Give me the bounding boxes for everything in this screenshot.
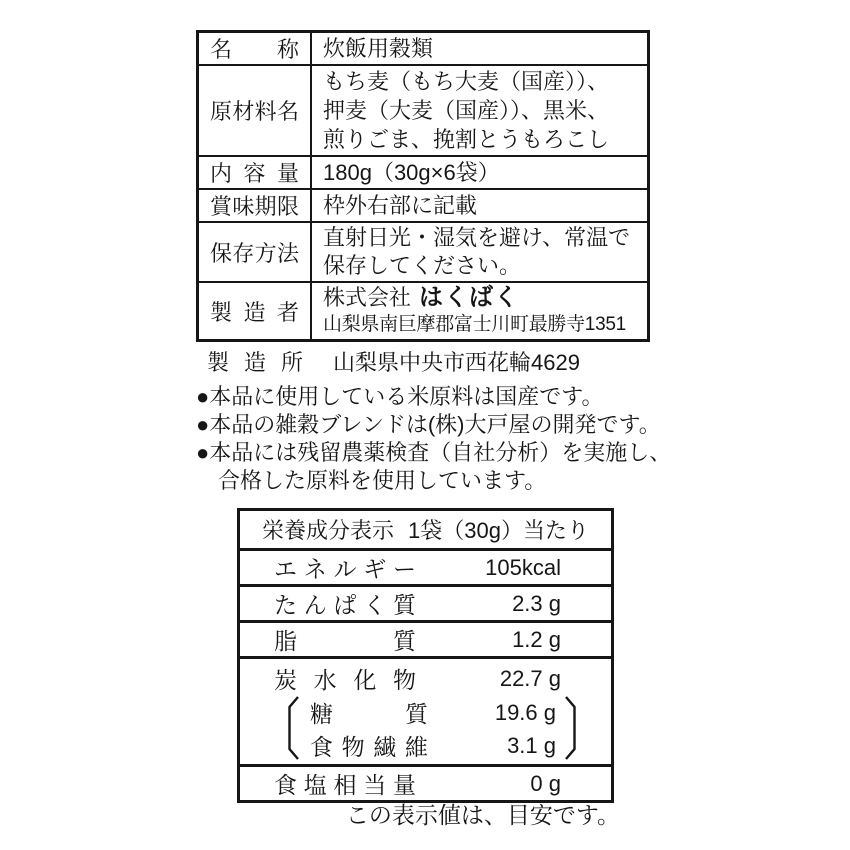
spec-value-net-content: 180g（30g×6袋） [312,157,647,188]
spec-value-line: 押麦（大麦（国産））、黒米、 [323,96,636,125]
spec-label-text: 保存方法 [210,237,299,268]
nutrient-value: 19.6 g [428,700,556,726]
nutrition-serving: 1袋（30g）当たり [408,514,589,545]
nutrition-row-protein: たんぱく質 2.3 g [240,584,611,620]
nutrient-value: 105kcal [416,555,561,581]
notes-list: ●本品に使用している米原料は国産です。 ●本品の雑穀ブレンドは(株)大戸屋の開発… [196,383,666,495]
spec-row-net-content: 内容量 180g（30g×6袋） [199,155,647,188]
nutrient-label: エネルギー [274,551,416,584]
spec-value-line: 直射日光・湿気を避け、常温で [323,224,636,252]
bracket-left-icon [286,696,300,760]
nutrition-title: 栄養成分表示 [262,514,394,545]
note-text: ●本品には残留農薬検査（自社分析）を実施し、 [196,440,671,465]
nutrition-footnote: この表示値は、目安です。 [237,797,620,830]
spec-row-storage: 保存方法 直射日光・湿気を避け、常温で 保存してください。 [199,221,647,281]
spec-label-text: 製造者 [210,296,299,327]
nutrient-value: 0 g [416,771,561,797]
spec-label-name: 名称 [199,33,312,64]
spec-label-storage: 保存方法 [199,223,312,281]
bracket-right-icon [564,696,578,760]
spec-label-best-before: 賞味期限 [199,190,312,221]
note-text-continued: 合格した原料を使用しています。 [218,467,666,495]
nutrient-label: 食塩相当量 [274,767,416,800]
spec-label-manufacturer: 製造者 [199,283,312,339]
spec-value-line: 炊飯用穀類 [323,34,636,63]
nutrition-row-carbohydrate: 炭水化物 22.7 g 糖質 19.6 g 食物繊維 3.1 g [240,656,611,764]
spec-label-net-content: 内容量 [199,157,312,188]
nutrient-label: 食物繊維 [310,729,428,762]
spec-value-line: もち麦（もち大麦（国産））、 [323,67,636,96]
spec-label-text: 賞味期限 [210,190,299,221]
company-name: 株式会社 [323,285,411,310]
product-spec-table: 名称 炊飯用穀類 原材料名 もち麦（もち大麦（国産））、 押麦（大麦（国産））、… [196,30,650,342]
spec-value-manufacturer: 株式会社はくばく 山梨県南巨摩郡富士川町最勝寺1351 [312,283,647,339]
spec-value-line: 煎りごま、挽割とうもろこし [323,125,636,154]
spec-row-name: 名称 炊飯用穀類 [199,33,647,64]
nutrition-row-energy: エネルギー 105kcal [240,548,611,584]
nutrition-row-salt: 食塩相当量 0 g [240,764,611,800]
nutrition-header: 栄養成分表示 1袋（30g）当たり [240,511,611,548]
spec-row-manufacturer: 製造者 株式会社はくばく 山梨県南巨摩郡富士川町最勝寺1351 [199,281,647,339]
spec-label-ingredients: 原材料名 [199,66,312,155]
spec-row-best-before: 賞味期限 枠外右部に記載 [199,188,647,221]
note-item: ●本品の雑穀ブレンドは(株)大戸屋の開発です。 [196,411,666,439]
spec-value-line: 保存してください。 [323,252,636,280]
nutrient-value: 2.3 g [416,591,561,617]
manufacturing-site-address: 山梨県中央市西花輪4629 [333,346,580,377]
spec-label-text: 名称 [210,33,299,64]
manufacturing-site-label: 製造所 [207,346,303,377]
note-text: ●本品の雑穀ブレンドは(株)大戸屋の開発です。 [196,412,661,437]
spec-label-text: 原材料名 [210,95,299,126]
nutrient-value: 22.7 g [416,666,561,692]
note-item: ●本品には残留農薬検査（自社分析）を実施し、 合格した原料を使用しています。 [196,439,666,495]
nutrition-table: 栄養成分表示 1袋（30g）当たり エネルギー 105kcal たんぱく質 2.… [237,508,614,803]
manufacturing-site-row: 製造所 山梨県中央市西花輪4629 [207,346,580,377]
carbohydrate-main-line: 炭水化物 22.7 g [240,662,611,695]
spec-value-line: 180g（30g×6袋） [323,158,636,187]
spec-label-text: 内容量 [210,157,299,188]
product-label-sheet: 名称 炊飯用穀類 原材料名 もち麦（もち大麦（国産））、 押麦（大麦（国産））、… [0,0,850,850]
spec-value-name: 炊飯用穀類 [312,33,647,64]
brand-logo-text: はくばく [419,284,519,311]
nutrient-label: 糖質 [310,696,428,729]
carbohydrate-sub-rows: 糖質 19.6 g 食物繊維 3.1 g [240,696,611,762]
nutrient-label: 炭水化物 [274,662,416,695]
nutrient-label: 脂質 [274,623,416,656]
nutrient-value: 1.2 g [416,627,561,653]
manufacturer-company-line: 株式会社はくばく [323,284,636,312]
spec-value-line: 枠外右部に記載 [323,191,636,220]
manufacturer-address: 山梨県南巨摩郡富士川町最勝寺1351 [323,312,636,338]
note-text: ●本品に使用している米原料は国産です。 [196,384,604,409]
nutrient-label: たんぱく質 [274,587,416,620]
spec-value-storage: 直射日光・湿気を避け、常温で 保存してください。 [312,223,647,281]
spec-value-best-before: 枠外右部に記載 [312,190,647,221]
nutrition-row-fat: 脂質 1.2 g [240,620,611,656]
spec-value-ingredients: もち麦（もち大麦（国産））、 押麦（大麦（国産））、黒米、 煎りごま、挽割とうも… [312,66,647,155]
note-item: ●本品に使用している米原料は国産です。 [196,383,666,411]
spec-row-ingredients: 原材料名 もち麦（もち大麦（国産））、 押麦（大麦（国産））、黒米、 煎りごま、… [199,64,647,155]
nutrient-value: 3.1 g [428,733,556,759]
